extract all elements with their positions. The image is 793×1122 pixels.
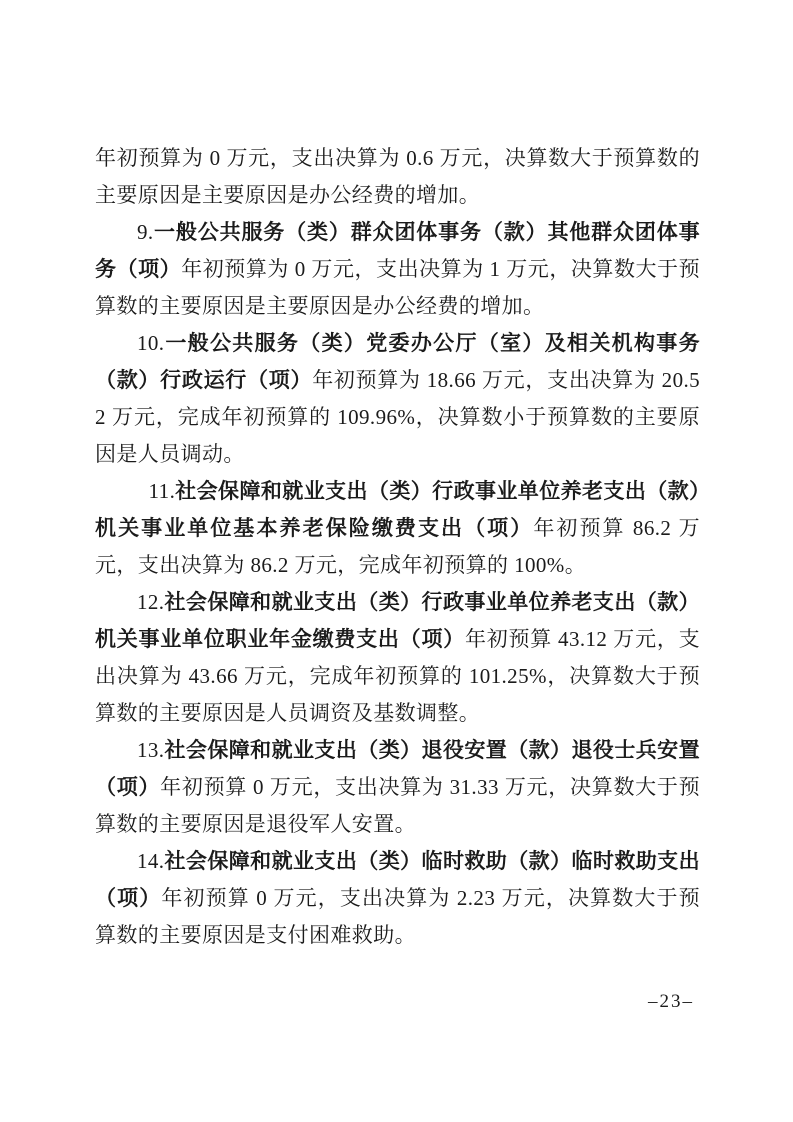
item-number: 11. [149,479,176,503]
document-page: 年初预算为 0 万元，支出决算为 0.6 万元，决算数大于预算数的主要原因是主要… [0,0,793,1122]
paragraph-item-10: 10.一般公共服务（类）党委办公厅（室）及相关机构事务（款）行政运行（项）年初预… [95,325,700,473]
item-number: 14. [137,849,164,873]
item-number: 9. [137,220,154,244]
paragraph-item-13: 13.社会保障和就业支出（类）退役安置（款）退役士兵安置（项）年初预算 0 万元… [95,732,700,843]
page-number: –23– [648,991,694,1013]
item-number: 10. [137,331,164,355]
paragraph-item-9: 9.一般公共服务（类）群众团体事务（款）其他群众团体事务（项）年初预算为 0 万… [95,214,700,325]
item-body: 年初预算为 0 万元，支出决算为 1 万元，决算数大于预算数的主要原因是主要原因… [95,257,700,318]
paragraph-item-11: 11.社会保障和就业支出（类）行政事业单位养老支出（款）机关事业单位基本养老保险… [95,473,700,584]
paragraph-item-12: 12.社会保障和就业支出（类）行政事业单位养老支出（款）机关事业单位职业年金缴费… [95,584,700,732]
item-body: 年初预算 0 万元，支出决算为 2.23 万元，决算数大于预算数的主要原因是支付… [95,886,700,947]
item-number: 12. [137,590,164,614]
item-body: 年初预算 0 万元，支出决算为 31.33 万元，决算数大于预算数的主要原因是退… [95,775,700,836]
paragraph-continuation: 年初预算为 0 万元，支出决算为 0.6 万元，决算数大于预算数的主要原因是主要… [95,140,700,214]
item-body: 年初预算为 0 万元，支出决算为 0.6 万元，决算数大于预算数的主要原因是主要… [95,146,700,207]
paragraph-item-14: 14.社会保障和就业支出（类）临时救助（款）临时救助支出（项）年初预算 0 万元… [95,843,700,954]
item-number: 13. [137,738,164,762]
document-body: 年初预算为 0 万元，支出决算为 0.6 万元，决算数大于预算数的主要原因是主要… [95,140,700,954]
